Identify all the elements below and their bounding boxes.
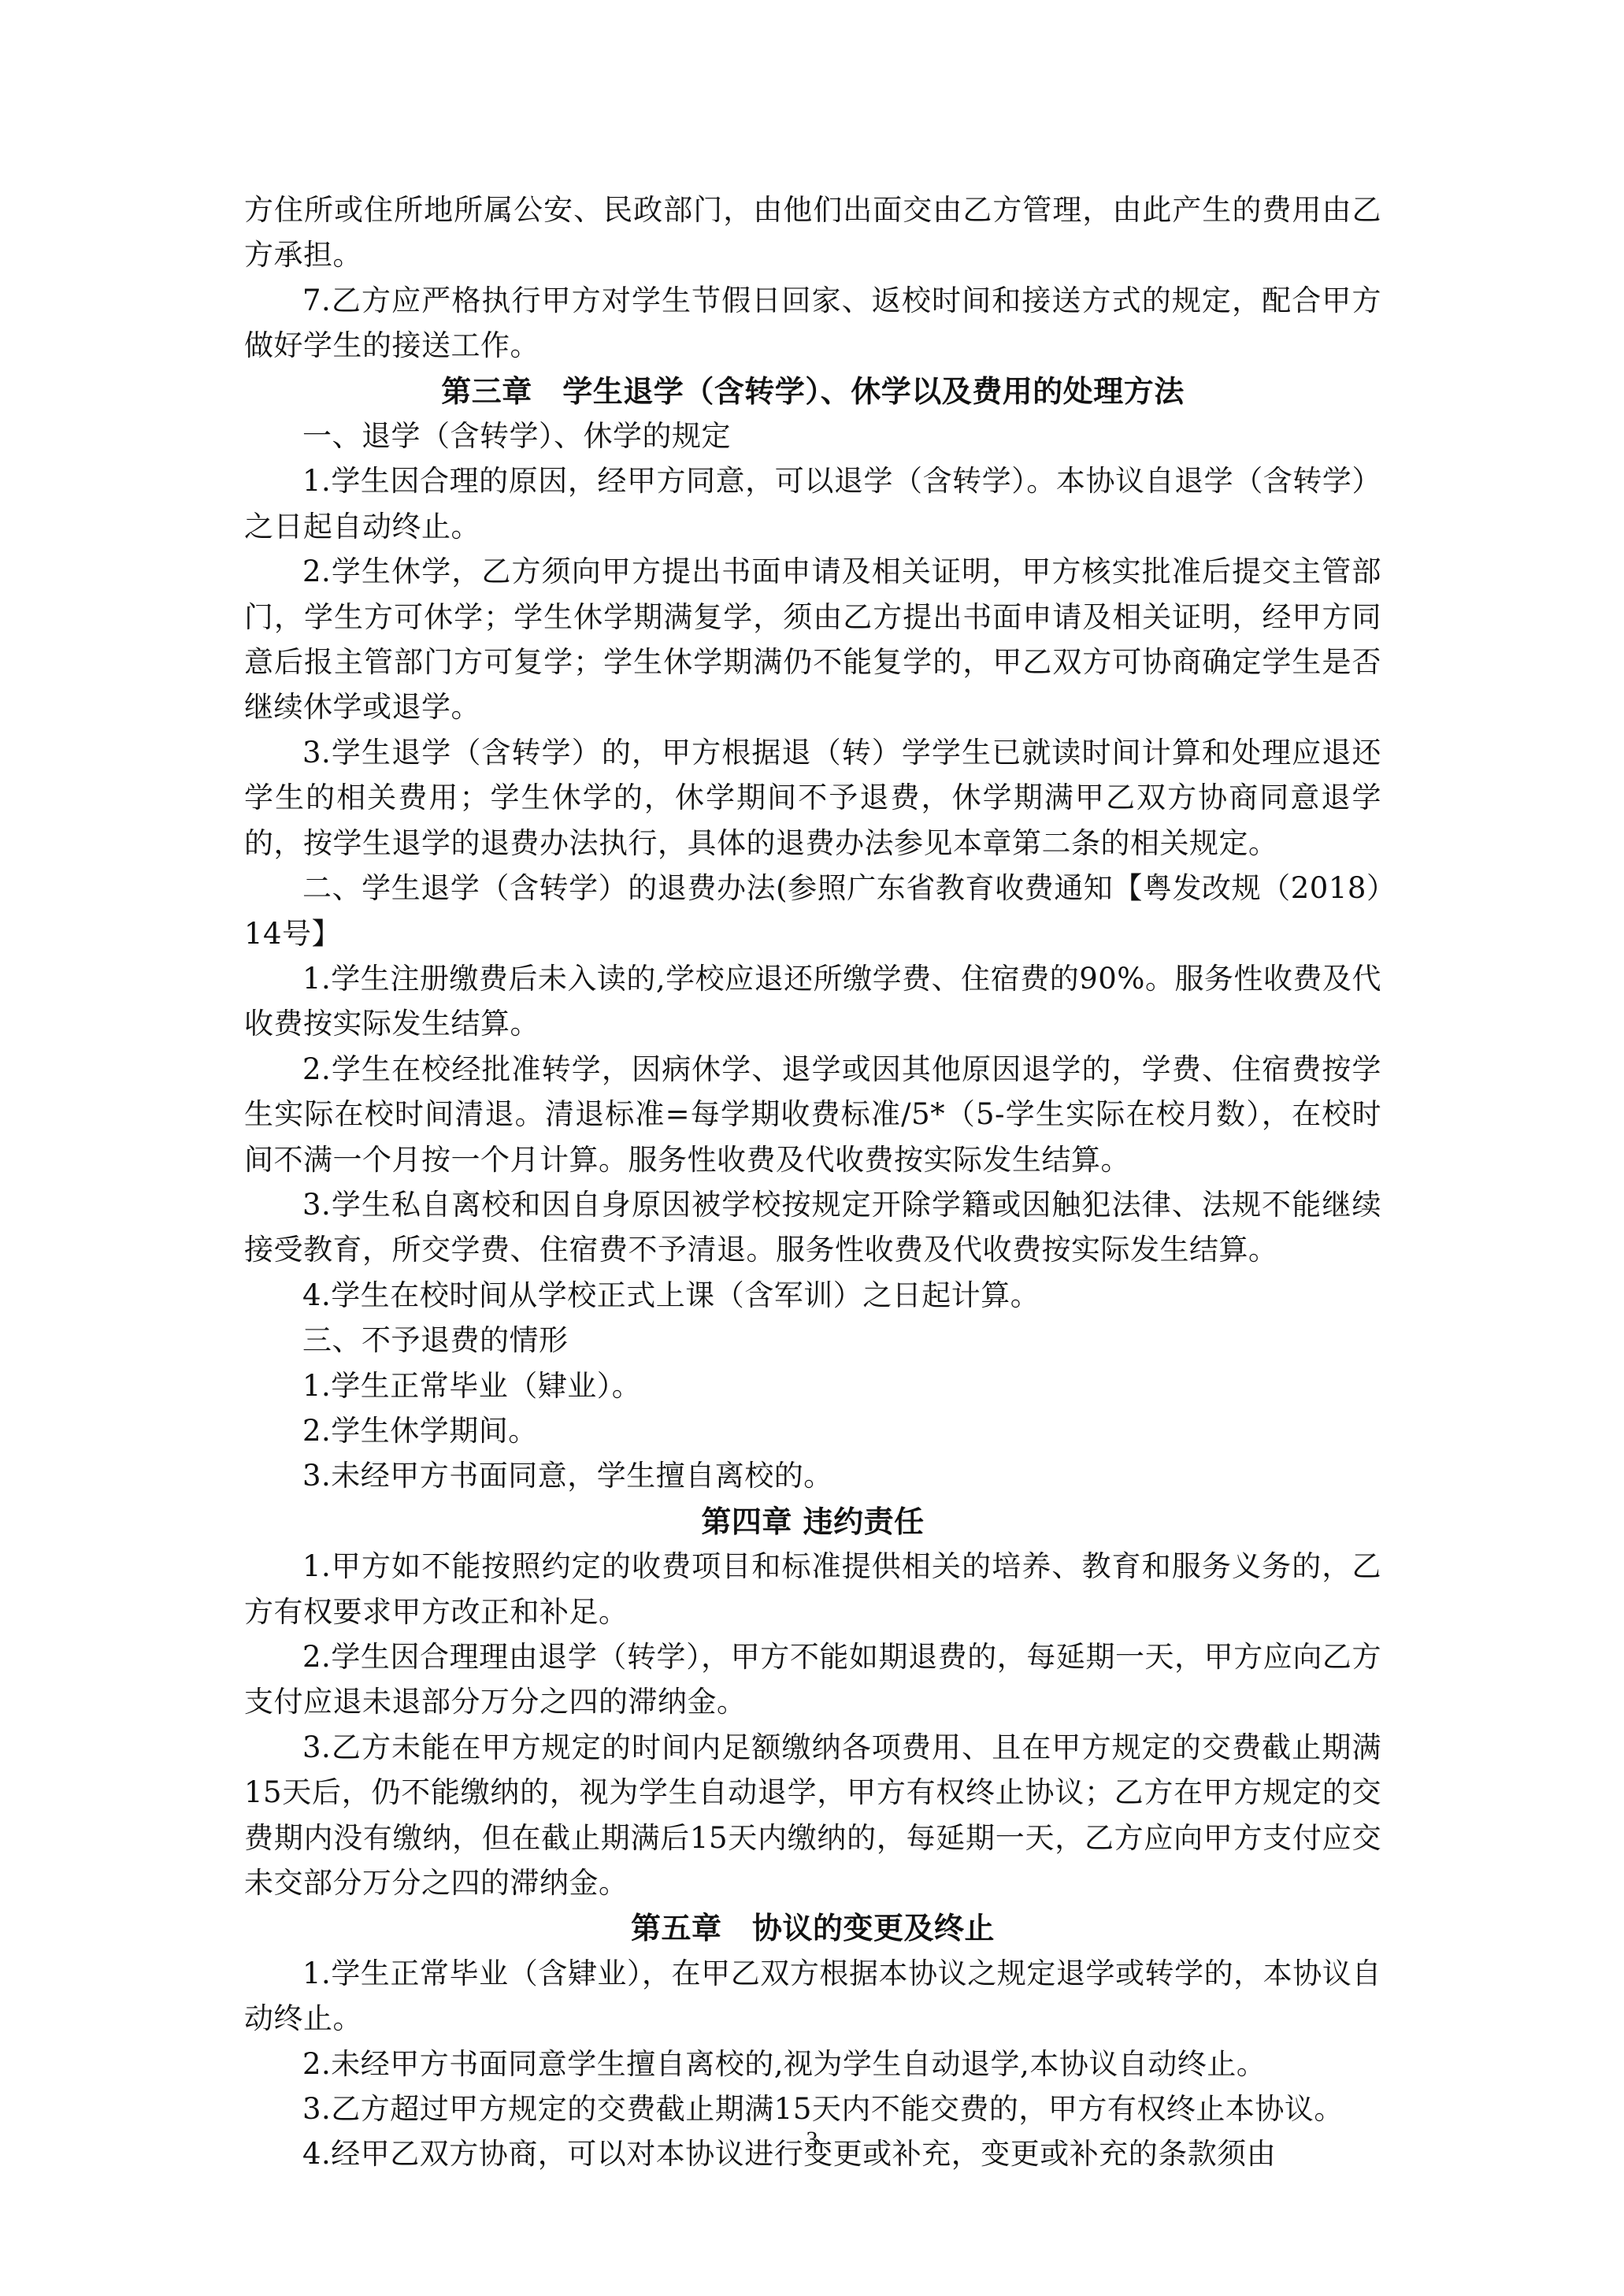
paragraph: 2.学生休学，乙方须向甲方提出书面申请及相关证明，甲方核实批准后提交主管部门，学… bbox=[244, 549, 1381, 730]
paragraph: 方住所或住所地所属公安、民政部门，由他们出面交由乙方管理，由此产生的费用由乙方承… bbox=[244, 187, 1381, 278]
paragraph: 3.乙方超过甲方规定的交费截止期满15天内不能交费的，甲方有权终止本协议。 bbox=[244, 2086, 1381, 2131]
chapter-heading: 第五章 协议的变更及终止 bbox=[244, 1905, 1381, 1950]
page-number: 3 bbox=[0, 2127, 1624, 2153]
chapter-heading: 第三章 学生退学（含转学）、休学以及费用的处理方法 bbox=[244, 369, 1381, 414]
document-page: 方住所或住所地所属公安、民政部门，由他们出面交由乙方管理，由此产生的费用由乙方承… bbox=[244, 187, 1381, 2177]
paragraph: 1.甲方如不能按照约定的收费项目和标准提供相关的培养、教育和服务义务的，乙方有权… bbox=[244, 1544, 1381, 1634]
chapter-heading: 第四章 违约责任 bbox=[244, 1499, 1381, 1544]
paragraph: 4.学生在校时间从学校正式上课（含军训）之日起计算。 bbox=[244, 1273, 1381, 1318]
paragraph: 2.学生因合理理由退学（转学），甲方不能如期退费的，每延期一天，甲方应向乙方支付… bbox=[244, 1634, 1381, 1725]
paragraph: 3.学生私自离校和因自身原因被学校按规定开除学籍或因触犯法律、法规不能继续接受教… bbox=[244, 1182, 1381, 1273]
paragraph: 2.未经甲方书面同意学生擅自离校的,视为学生自动退学,本协议自动终止。 bbox=[244, 2042, 1381, 2086]
paragraph: 1.学生正常毕业（含肄业），在甲乙双方根据本协议之规定退学或转学的，本协议自动终… bbox=[244, 1951, 1381, 2042]
section-heading: 二、学生退学（含转学）的退费办法(参照广东省教育收费通知【粤发改规（2018）1… bbox=[244, 866, 1381, 956]
paragraph: 3.学生退学（含转学）的，甲方根据退（转）学学生已就读时间计算和处理应退还学生的… bbox=[244, 730, 1381, 866]
paragraph: 2.学生在校经批准转学，因病休学、退学或因其他原因退学的，学费、住宿费按学生实际… bbox=[244, 1047, 1381, 1182]
paragraph: 3.乙方未能在甲方规定的时间内足额缴纳各项费用、且在甲方规定的交费截止期满15天… bbox=[244, 1725, 1381, 1906]
paragraph: 2.学生休学期间。 bbox=[244, 1408, 1381, 1453]
paragraph: 1.学生正常毕业（肄业）。 bbox=[244, 1363, 1381, 1408]
paragraph: 1.学生因合理的原因，经甲方同意，可以退学（含转学）。本协议自退学（含转学）之日… bbox=[244, 458, 1381, 549]
paragraph: 1.学生注册缴费后未入读的,学校应退还所缴学费、住宿费的90%。服务性收费及代收… bbox=[244, 956, 1381, 1047]
paragraph: 7.乙方应严格执行甲方对学生节假日回家、返校时间和接送方式的规定，配合甲方做好学… bbox=[244, 278, 1381, 369]
section-heading: 一、退学（含转学）、休学的规定 bbox=[244, 414, 1381, 458]
section-heading: 三、不予退费的情形 bbox=[244, 1318, 1381, 1363]
paragraph: 3.未经甲方书面同意，学生擅自离校的。 bbox=[244, 1453, 1381, 1498]
